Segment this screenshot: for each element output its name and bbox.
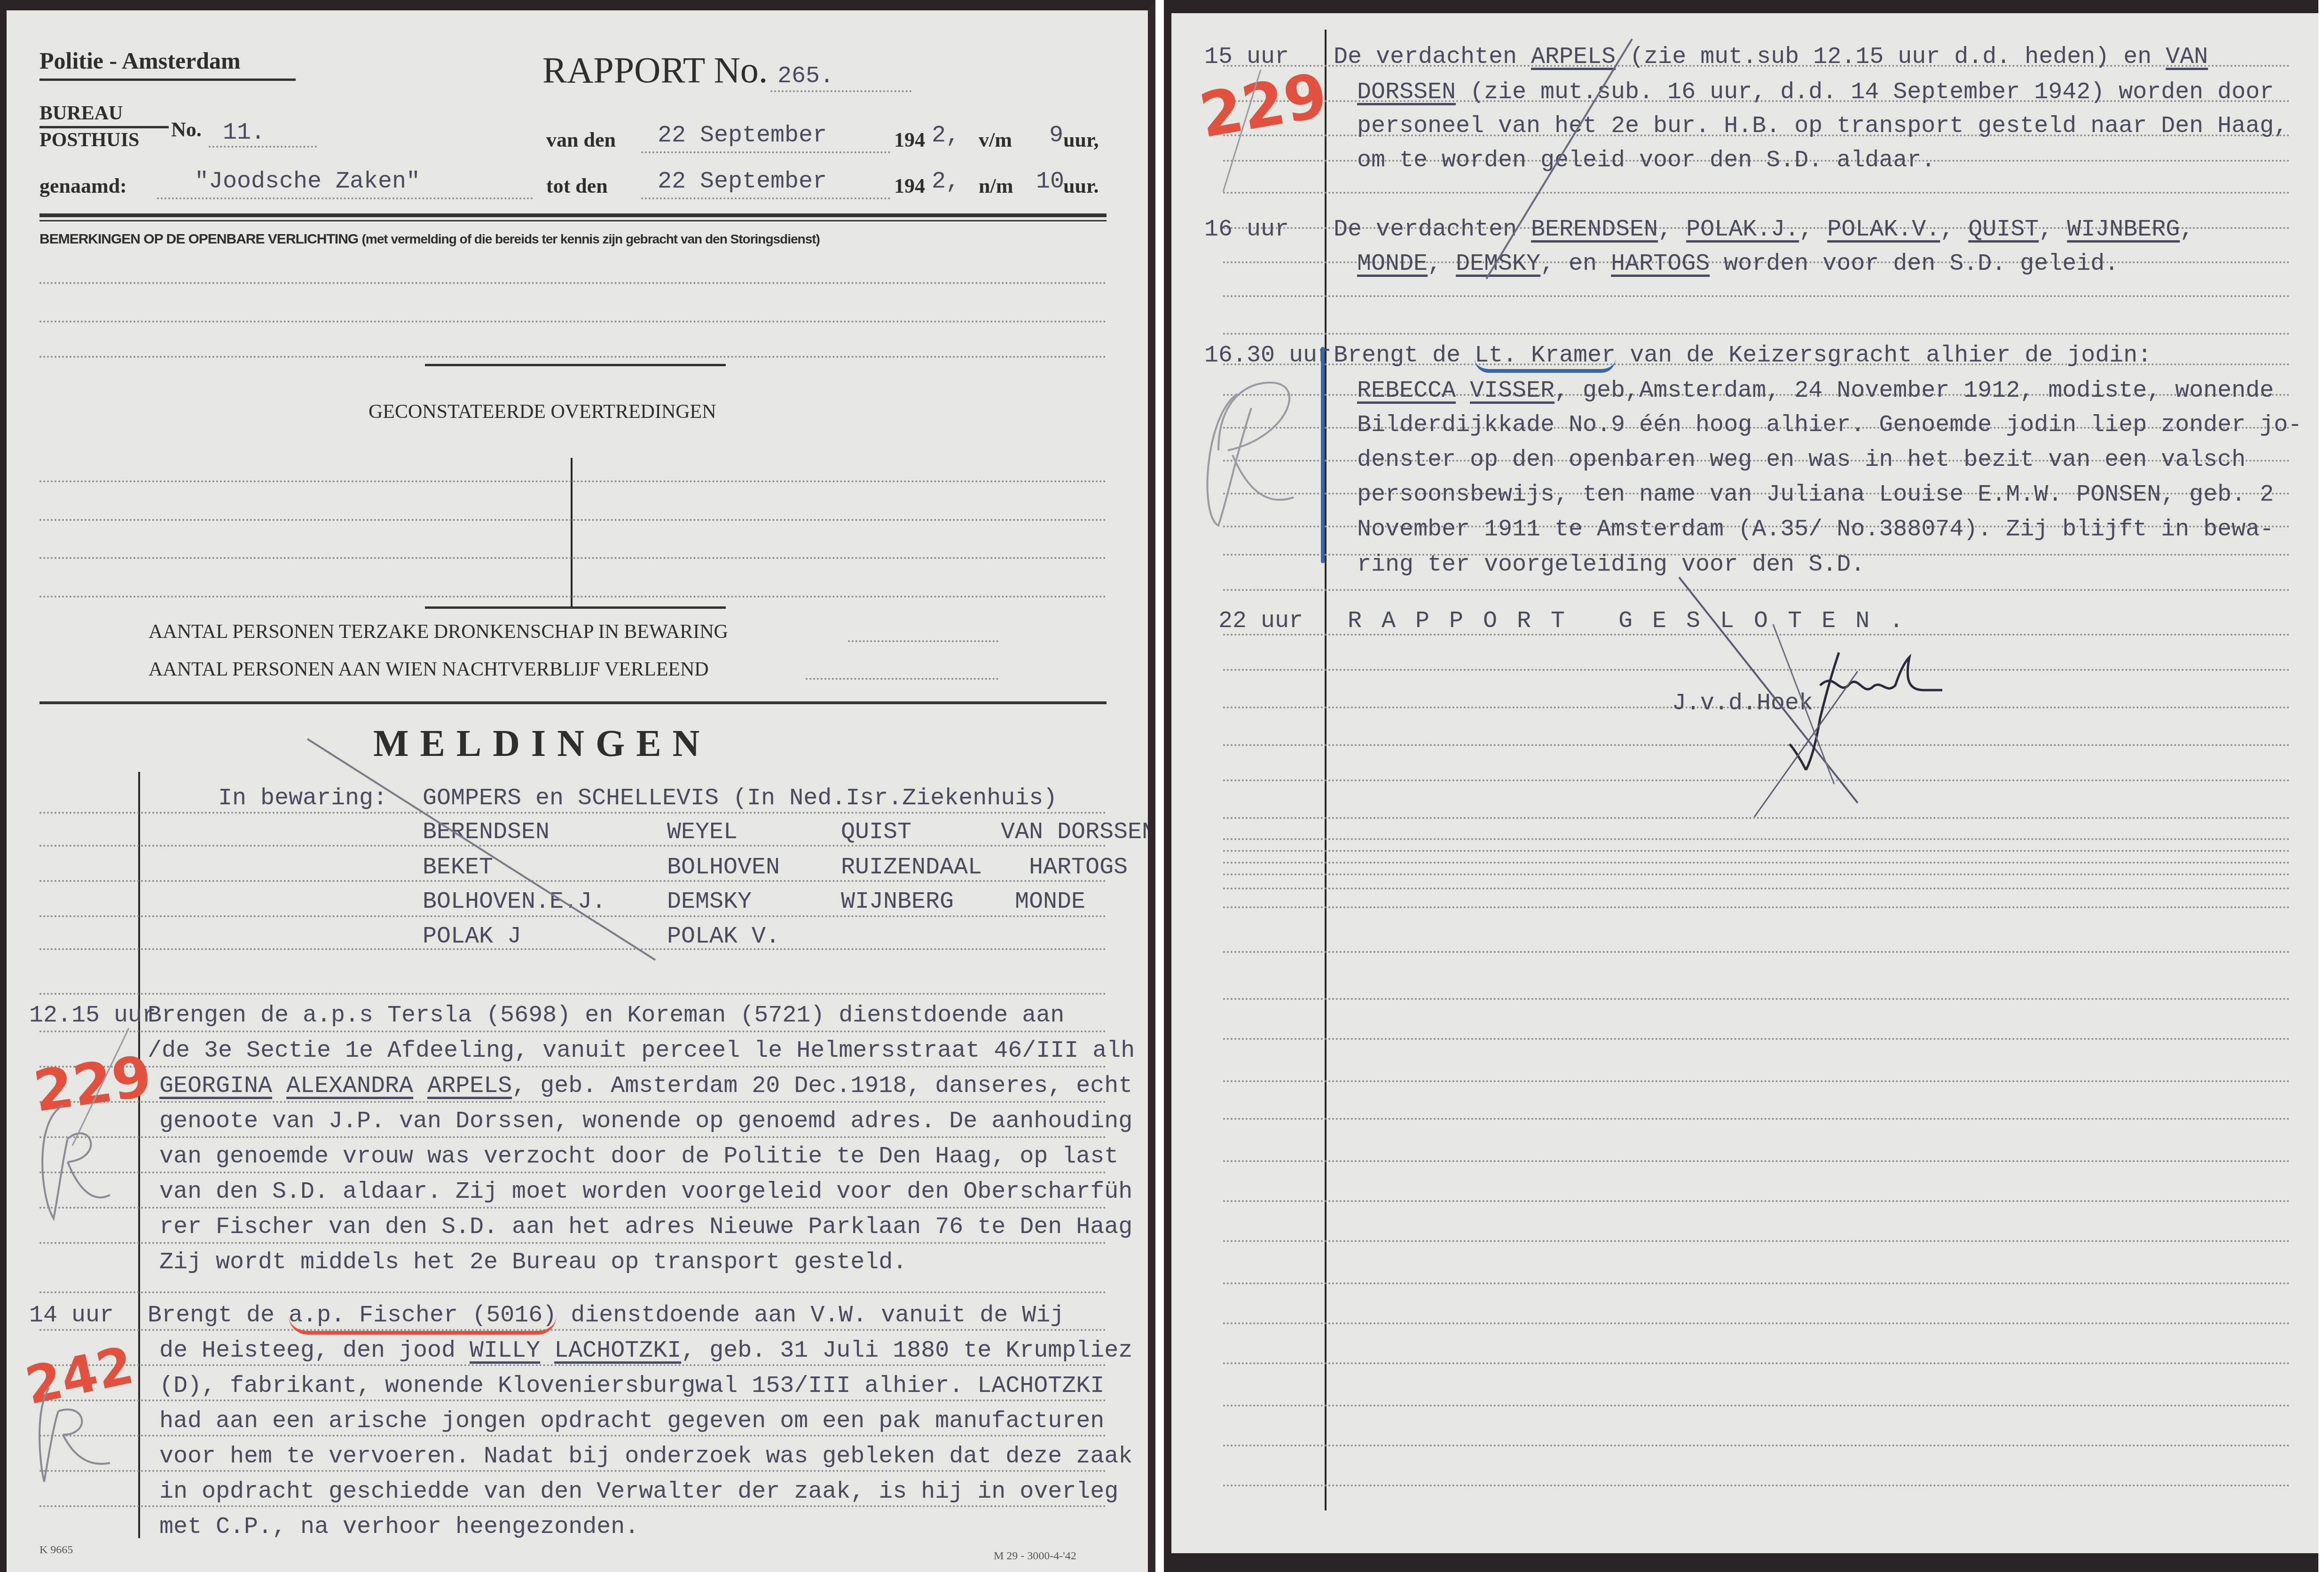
ruled-line [1223,1322,2290,1324]
ruled-line [39,282,1107,284]
entry-line-text: , geb. Amsterdam 20 Dec.1918, danseres, … [512,1073,1132,1100]
ruled-line [1223,1118,2290,1120]
entry-line: GEORGINA ALEXANDRA ARPELS, geb. Amsterda… [159,1073,1132,1100]
entry-line: om te worden geleid voor den S.D. aldaar… [1357,147,1935,174]
entry-line: Brengen de a.p.s Tersla (5698) en Korema… [148,1002,1064,1029]
custody-name: POLAK V. [667,923,780,950]
entry-text: de Heisteeg, den jood [159,1337,470,1364]
pencil-initial-r-icon [30,1383,115,1486]
period-to-hour: 10 [1036,168,1064,195]
right-page: 15 uur De verdachten ARPELS (zie mut.sub… [1164,0,2318,1572]
margin-rule [138,772,140,1538]
period-to-date: 22 September [658,168,827,195]
meldingen-top-rule [39,701,1107,704]
officer-name: a.p. Fischer (5016) [289,1302,557,1335]
bureau-number: 11. [223,119,265,146]
underlined-name: POLAK.J. [1686,216,1799,243]
named-dots [157,197,533,199]
blue-pencil-margin-mark [1321,347,1325,563]
entry-line: van genoemde vrouw was verzocht door de … [159,1143,1118,1170]
period-from-hour: 9 [1049,122,1063,149]
ruled-line [1223,1200,2290,1202]
entry-line: denster op den openbaren weg en was in h… [1357,447,2245,473]
entry-line: De verdachten BERENDSEN, POLAK.J., POLAK… [1334,216,2194,243]
entry-text: dienstdoende aan V.W. vanuit de Wij [557,1302,1064,1329]
ruled-line [39,1435,1107,1437]
lighting-heading-sub: (met vermelding of die bereids ter kenni… [362,232,820,246]
entry-line: van den S.D. aldaar. Zij moet worden voo… [159,1179,1132,1205]
night-stay-dots [806,678,998,680]
ruled-line [39,1171,1107,1173]
drunk-custody-dots [848,640,998,642]
entry-text: , geb,Amsterdam, 24 November 1912, modis… [1555,377,2274,404]
bureau-label-top: BUREAU [39,102,123,125]
entry-line: Brengt de a.p. Fischer (5016) dienstdoen… [148,1302,1064,1329]
custody-name: VAN DORSSEN [1001,819,1155,846]
entry-line: in opdracht geschiedde van den Verwalter… [159,1478,1118,1505]
period-to-label: tot den [546,174,608,198]
lighting-heading-main: BEMERKINGEN OP DE OPENBARE VERLICHTING [39,231,358,247]
entry-time: 16.30 uur [1204,342,1331,369]
entry-line: (D), fabrikant, wonende Kloveniersburgwa… [159,1373,1104,1399]
report-number: 265. [777,63,834,90]
entry-line: voor hem te vervoeren. Nadat bij onderzo… [159,1443,1132,1470]
period-to-year-prefix: 194 [894,174,925,198]
entry-line: persoonsbewijs, ten name van Juliana Lou… [1357,481,2274,508]
bureau-no-dots [209,146,317,148]
bureau-divider [39,126,169,128]
ruled-line [1223,888,2290,889]
ruled-line [39,519,1107,521]
period-from-ampm: v/m [979,128,1012,152]
entry-text: Brengt de [1334,342,1475,369]
period-from-year-prefix: 194 [894,128,925,152]
underlined-name: DORSSEN [1357,79,1456,106]
violations-bottom-rule [425,606,726,609]
entry-line: Brengt de Lt. Kramer van de Keizersgrach… [1334,342,2151,369]
custody-name: BOLHOVEN [667,854,780,881]
header-double-rule-thick [39,213,1107,217]
report-number-dots [770,90,911,92]
ruled-line [1223,817,2290,819]
ruled-line [1223,906,2290,908]
ruled-line [39,1364,1107,1366]
officer-name: Lt. Kramer [1475,342,1616,373]
entry-line: November 1911 te Amsterdam (A.35/ No.388… [1357,516,2274,543]
ruled-line [39,1207,1107,1209]
named-label: genaamd: [39,174,127,198]
ruled-line [39,480,1107,482]
period-to-uur: uur. [1063,174,1099,198]
underlined-name: ALEXANDRA [286,1073,413,1100]
ruled-line [1223,873,2290,875]
pencil-strike-icon [1218,70,1265,192]
ruled-line [1223,1080,2290,1082]
ruled-line [1223,1405,2290,1407]
ruled-line [39,321,1107,322]
report-label: RAPPORT No. [542,49,768,91]
underlined-name: ARPELS [427,1073,512,1100]
ruled-line [39,1030,1107,1032]
entry-line: De verdachten ARPELS (zie mut.sub 12.15 … [1334,44,2208,71]
ruled-line [39,1291,1107,1293]
night-stay-label: AANTAL PERSONEN AAN WIEN NACHTVERBLIJF V… [149,658,709,681]
entry-line: Zij wordt middels het 2e Bureau op trans… [159,1249,907,1276]
entry-text: worden voor den S.D. geleid. [1710,251,2119,277]
named-value: "Joodsche Zaken" [195,168,420,195]
ruled-line [39,596,1107,597]
pencil-stroke-icon [68,1028,133,1146]
agency-underline [39,79,296,81]
period-from-year-suffix: 2, [932,122,960,149]
ruled-line [1223,951,2290,953]
form-code-left: K 9665 [39,1544,73,1556]
bureau-label-bottom: POSTHUIS [39,129,139,151]
custody-name: MONDE [1015,888,1085,915]
entry-line: met C.P., na verhoor heengezonden. [159,1514,639,1541]
period-to-year-suffix: 2, [932,168,960,195]
underlined-name: WIJNBERG [2067,216,2180,243]
entry-line: MONDE, DEMSKY, en HARTOGS worden voor de… [1357,251,2119,277]
ruled-line [39,1136,1107,1138]
header-double-rule-thin [39,220,1107,221]
ruled-line [1223,998,2290,1000]
underlined-name: WILLY [470,1337,540,1364]
left-page: Politie - Amsterdam RAPPORT No. 265. BUR… [0,0,1155,1572]
ruled-line [39,356,1107,358]
entry-text: , geb. 31 Juli 1880 te Krumpliez [681,1337,1132,1364]
pencil-strike-icon [307,739,665,965]
entry-time: 22 uur [1218,608,1303,635]
entry-line: had aan een arische jongen opdracht gege… [159,1408,1104,1435]
ruled-line [1223,1445,2290,1446]
entry-time: 16 uur [1204,216,1289,243]
bureau-no-label: No. [171,118,202,141]
underlined-name: POLAK.V. [1827,216,1940,243]
pencil-initial-r-icon [1200,380,1308,530]
ruled-line [1223,1282,2290,1284]
period-to-ampm: n/m [979,174,1013,198]
underlined-name: QUIST [1968,216,2039,243]
underlined-name: LACHOTZKI [554,1337,681,1364]
form-code-right: M 29 - 3000-4-'42 [994,1550,1076,1563]
entry-time: 14 uur [29,1302,114,1329]
underlined-name: REBECCA [1357,377,1456,404]
ruled-line [39,993,1107,995]
underlined-name: MONDE [1357,251,1428,277]
underlined-name: VISSER [1470,377,1555,404]
custody-name: RUIZENDAAL [841,854,982,881]
signature-icon [1679,577,2102,803]
custody-name: DEMSKY [667,888,752,915]
period-from-label: van den [546,128,616,152]
custody-name: WIJNBERG [841,888,954,915]
ruled-line [1223,295,2290,297]
pencil-strike-icon [1486,39,1637,283]
ruled-line [1223,1160,2290,1162]
entry-line: ring ter voorgeleiding voor den S.D. [1357,551,1865,578]
ruled-line [1223,1485,2290,1486]
ruled-line [39,1242,1107,1244]
ruled-line [39,1101,1107,1103]
ruled-line [1223,1362,2290,1364]
period-from-uur: uur, [1063,128,1099,152]
ruled-line [1223,192,2290,194]
ruled-line [39,1329,1107,1331]
entry-line: /de 3e Sectie 1e Afdeeling, vanuit perce… [148,1038,1135,1064]
entry-time: 12.15 uur [29,1002,156,1029]
ruled-line [39,1399,1107,1401]
entry-text: Brengt de [148,1302,289,1329]
custody-name: WEYEL [667,819,738,846]
period-from-dots [641,151,890,153]
ruled-line [1223,333,2290,335]
underlined-name: VAN [2166,44,2208,71]
violations-heading: GECONSTATEERDE OVERTREDINGEN [369,401,716,423]
ruled-line [39,557,1107,559]
margin-rule [1325,30,1327,1510]
agency-name: Politie - Amsterdam [39,47,241,74]
entry-line: REBECCA VISSER, geb,Amsterdam, 24 Novemb… [1357,377,2274,404]
ruled-line [1223,1240,2290,1242]
entry-line: rer Fischer van den S.D. aan het adres N… [159,1214,1132,1241]
ruled-line [1223,838,2290,840]
custody-name: HARTOGS [1029,854,1128,881]
drunk-custody-label: AANTAL PERSONEN TERZAKE DRONKENSCHAP IN … [149,621,728,643]
lighting-heading: BEMERKINGEN OP DE OPENBARE VERLICHTING (… [39,231,820,247]
violations-top-rule [425,364,726,366]
underlined-name: GEORGINA [159,1073,272,1100]
entry-line: Bilderdijkkade No.9 één hoog alhier. Gen… [1357,412,2302,439]
ruled-line [1223,1038,2290,1040]
period-to-dots [641,197,890,199]
custody-name: QUIST [841,819,911,846]
period-from-date: 22 September [658,122,827,149]
ruled-line [1223,862,2290,864]
entry-line: genoote van J.P. van Dorssen, wonende op… [159,1108,1132,1135]
ruled-line [39,1066,1107,1068]
ruled-line [39,1505,1107,1507]
ruled-line [39,1470,1107,1472]
ruled-line [1223,850,2290,852]
entry-text: van de Keizersgracht alhier de jodin: [1616,342,2151,369]
entry-line: de Heisteeg, den jood WILLY LACHOTZKI, g… [159,1337,1132,1364]
entry-text: (zie mut.sub 12.15 uur d.d. heden) en [1616,44,2166,71]
